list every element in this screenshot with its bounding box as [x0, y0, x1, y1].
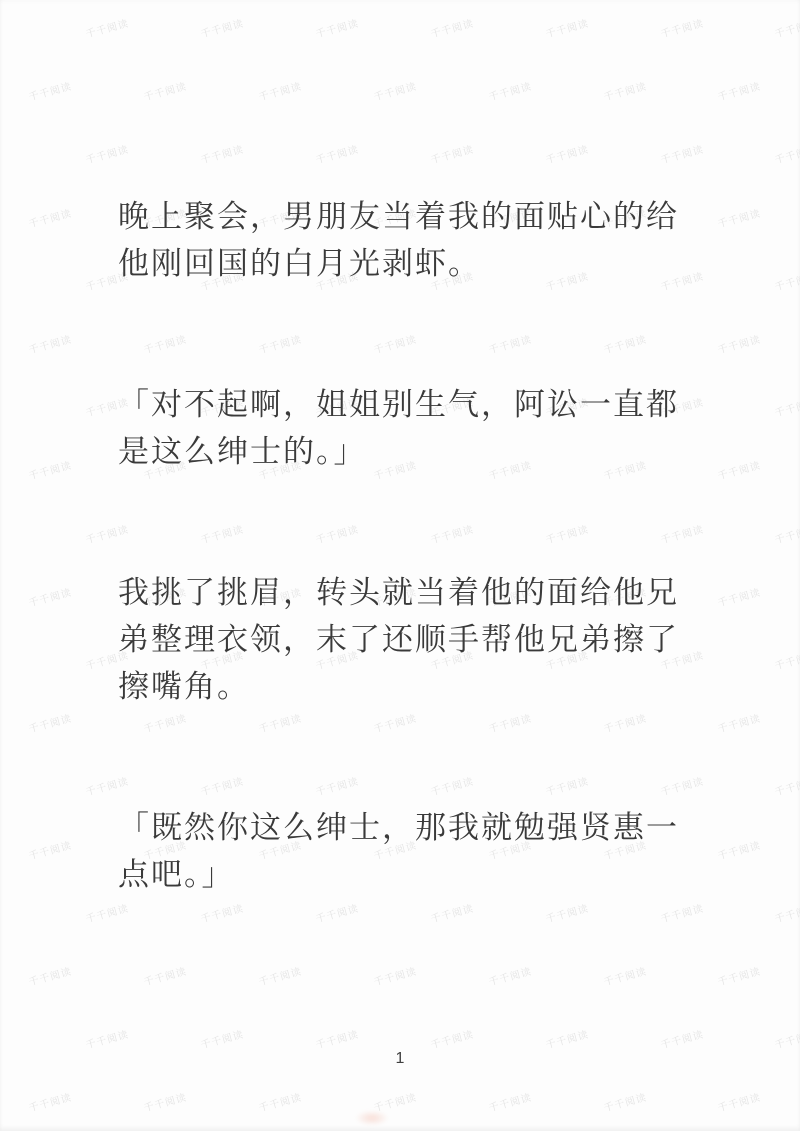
story-paragraph-1: 晚上聚会，男朋友当着我的面贴心的给 他刚回国的白月光剥虾。 — [118, 193, 684, 287]
text-line: 「对不起啊，姐姐别生气，阿讼一直都 — [118, 381, 684, 428]
text-line: 「既然你这么绅士，那我就勉强贤惠一 — [118, 804, 684, 851]
story-content: 晚上聚会，男朋友当着我的面贴心的给 他刚回国的白月光剥虾。 「对不起啊，姐姐别生… — [118, 193, 684, 898]
watermark-text: 千千阅读 — [27, 710, 73, 736]
watermark-text: 千千阅读 — [486, 1089, 532, 1115]
watermark-text: 千千阅读 — [27, 836, 73, 862]
watermark-text: 千千阅读 — [658, 899, 704, 925]
watermark-text: 千千阅读 — [601, 1089, 647, 1115]
watermark-text: 千千阅读 — [27, 1089, 73, 1115]
page-number: 1 — [0, 1050, 800, 1068]
watermark-text: 千千阅读 — [716, 331, 762, 357]
watermark-text: 千千阅读 — [486, 963, 532, 989]
document-page: 千千阅读千千阅读千千阅读千千阅读千千阅读千千阅读千千阅读千千阅读千千阅读千千阅读… — [0, 0, 800, 1131]
watermark-text: 千千阅读 — [716, 78, 762, 104]
watermark-text: 千千阅读 — [84, 15, 130, 41]
watermark-text: 千千阅读 — [716, 710, 762, 736]
text-line: 点吧。」 — [118, 851, 684, 898]
watermark-text: 千千阅读 — [773, 1026, 800, 1052]
watermark-text: 千千阅读 — [371, 78, 417, 104]
watermark-text: 千千阅读 — [199, 1026, 245, 1052]
text-line: 他刚回国的白月光剥虾。 — [118, 240, 684, 287]
watermark-text: 千千阅读 — [773, 647, 800, 673]
watermark-text: 千千阅读 — [142, 963, 188, 989]
watermark-text: 千千阅读 — [658, 1026, 704, 1052]
watermark-text: 千千阅读 — [84, 1026, 130, 1052]
watermark-text: 千千阅读 — [428, 1026, 474, 1052]
watermark-text: 千千阅读 — [428, 141, 474, 167]
story-paragraph-2: 「对不起啊，姐姐别生气，阿讼一直都 是这么绅士的。」 — [118, 381, 684, 475]
watermark-text: 千千阅读 — [84, 899, 130, 925]
watermark-text: 千千阅读 — [773, 520, 800, 546]
watermark-text: 千千阅读 — [716, 583, 762, 609]
text-line: 擦嘴角。 — [118, 663, 684, 710]
watermark-text: 千千阅读 — [257, 1089, 303, 1115]
watermark-text: 千千阅读 — [716, 963, 762, 989]
watermark-text: 千千阅读 — [84, 141, 130, 167]
watermark-text: 千千阅读 — [199, 15, 245, 41]
text-line: 是这么绅士的。」 — [118, 428, 684, 475]
text-line: 弟整理衣领，末了还顺手帮他兄弟擦了 — [118, 616, 684, 663]
story-paragraph-3: 我挑了挑眉，转头就当着他的面给他兄 弟整理衣领，末了还顺手帮他兄弟擦了 擦嘴角。 — [118, 569, 684, 710]
watermark-text: 千千阅读 — [543, 1026, 589, 1052]
watermark-text: 千千阅读 — [543, 15, 589, 41]
watermark-text: 千千阅读 — [601, 78, 647, 104]
watermark-text: 千千阅读 — [257, 78, 303, 104]
watermark-text: 千千阅读 — [716, 1089, 762, 1115]
watermark-text: 千千阅读 — [428, 15, 474, 41]
watermark-text: 千千阅读 — [314, 899, 360, 925]
watermark-text: 千千阅读 — [773, 394, 800, 420]
watermark-text: 千千阅读 — [658, 15, 704, 41]
watermark-text: 千千阅读 — [314, 141, 360, 167]
watermark-text: 千千阅读 — [199, 141, 245, 167]
watermark-text: 千千阅读 — [27, 457, 73, 483]
watermark-text: 千千阅读 — [314, 15, 360, 41]
watermark-text: 千千阅读 — [257, 963, 303, 989]
watermark-text: 千千阅读 — [716, 457, 762, 483]
watermark-text: 千千阅读 — [371, 963, 417, 989]
pink-smudge — [355, 1110, 389, 1126]
watermark-text: 千千阅读 — [716, 836, 762, 862]
watermark-text: 千千阅读 — [543, 899, 589, 925]
watermark-text: 千千阅读 — [27, 78, 73, 104]
watermark-text: 千千阅读 — [27, 331, 73, 357]
story-paragraph-4: 「既然你这么绅士，那我就勉强贤惠一 点吧。」 — [118, 804, 684, 898]
watermark-text: 千千阅读 — [773, 773, 800, 799]
watermark-text: 千千阅读 — [199, 899, 245, 925]
watermark-text: 千千阅读 — [142, 78, 188, 104]
watermark-text: 千千阅读 — [486, 78, 532, 104]
watermark-text: 千千阅读 — [142, 1089, 188, 1115]
watermark-text: 千千阅读 — [27, 204, 73, 230]
text-line: 我挑了挑眉，转头就当着他的面给他兄 — [118, 569, 684, 616]
watermark-text: 千千阅读 — [601, 963, 647, 989]
watermark-text: 千千阅读 — [27, 963, 73, 989]
watermark-text: 千千阅读 — [314, 1026, 360, 1052]
watermark-text: 千千阅读 — [773, 15, 800, 41]
watermark-text: 千千阅读 — [773, 267, 800, 293]
watermark-text: 千千阅读 — [428, 899, 474, 925]
watermark-text: 千千阅读 — [773, 141, 800, 167]
watermark-text: 千千阅读 — [543, 141, 589, 167]
text-line: 晚上聚会，男朋友当着我的面贴心的给 — [118, 193, 684, 240]
watermark-text: 千千阅读 — [773, 899, 800, 925]
watermark-text: 千千阅读 — [658, 141, 704, 167]
watermark-text: 千千阅读 — [27, 583, 73, 609]
watermark-text: 千千阅读 — [716, 204, 762, 230]
